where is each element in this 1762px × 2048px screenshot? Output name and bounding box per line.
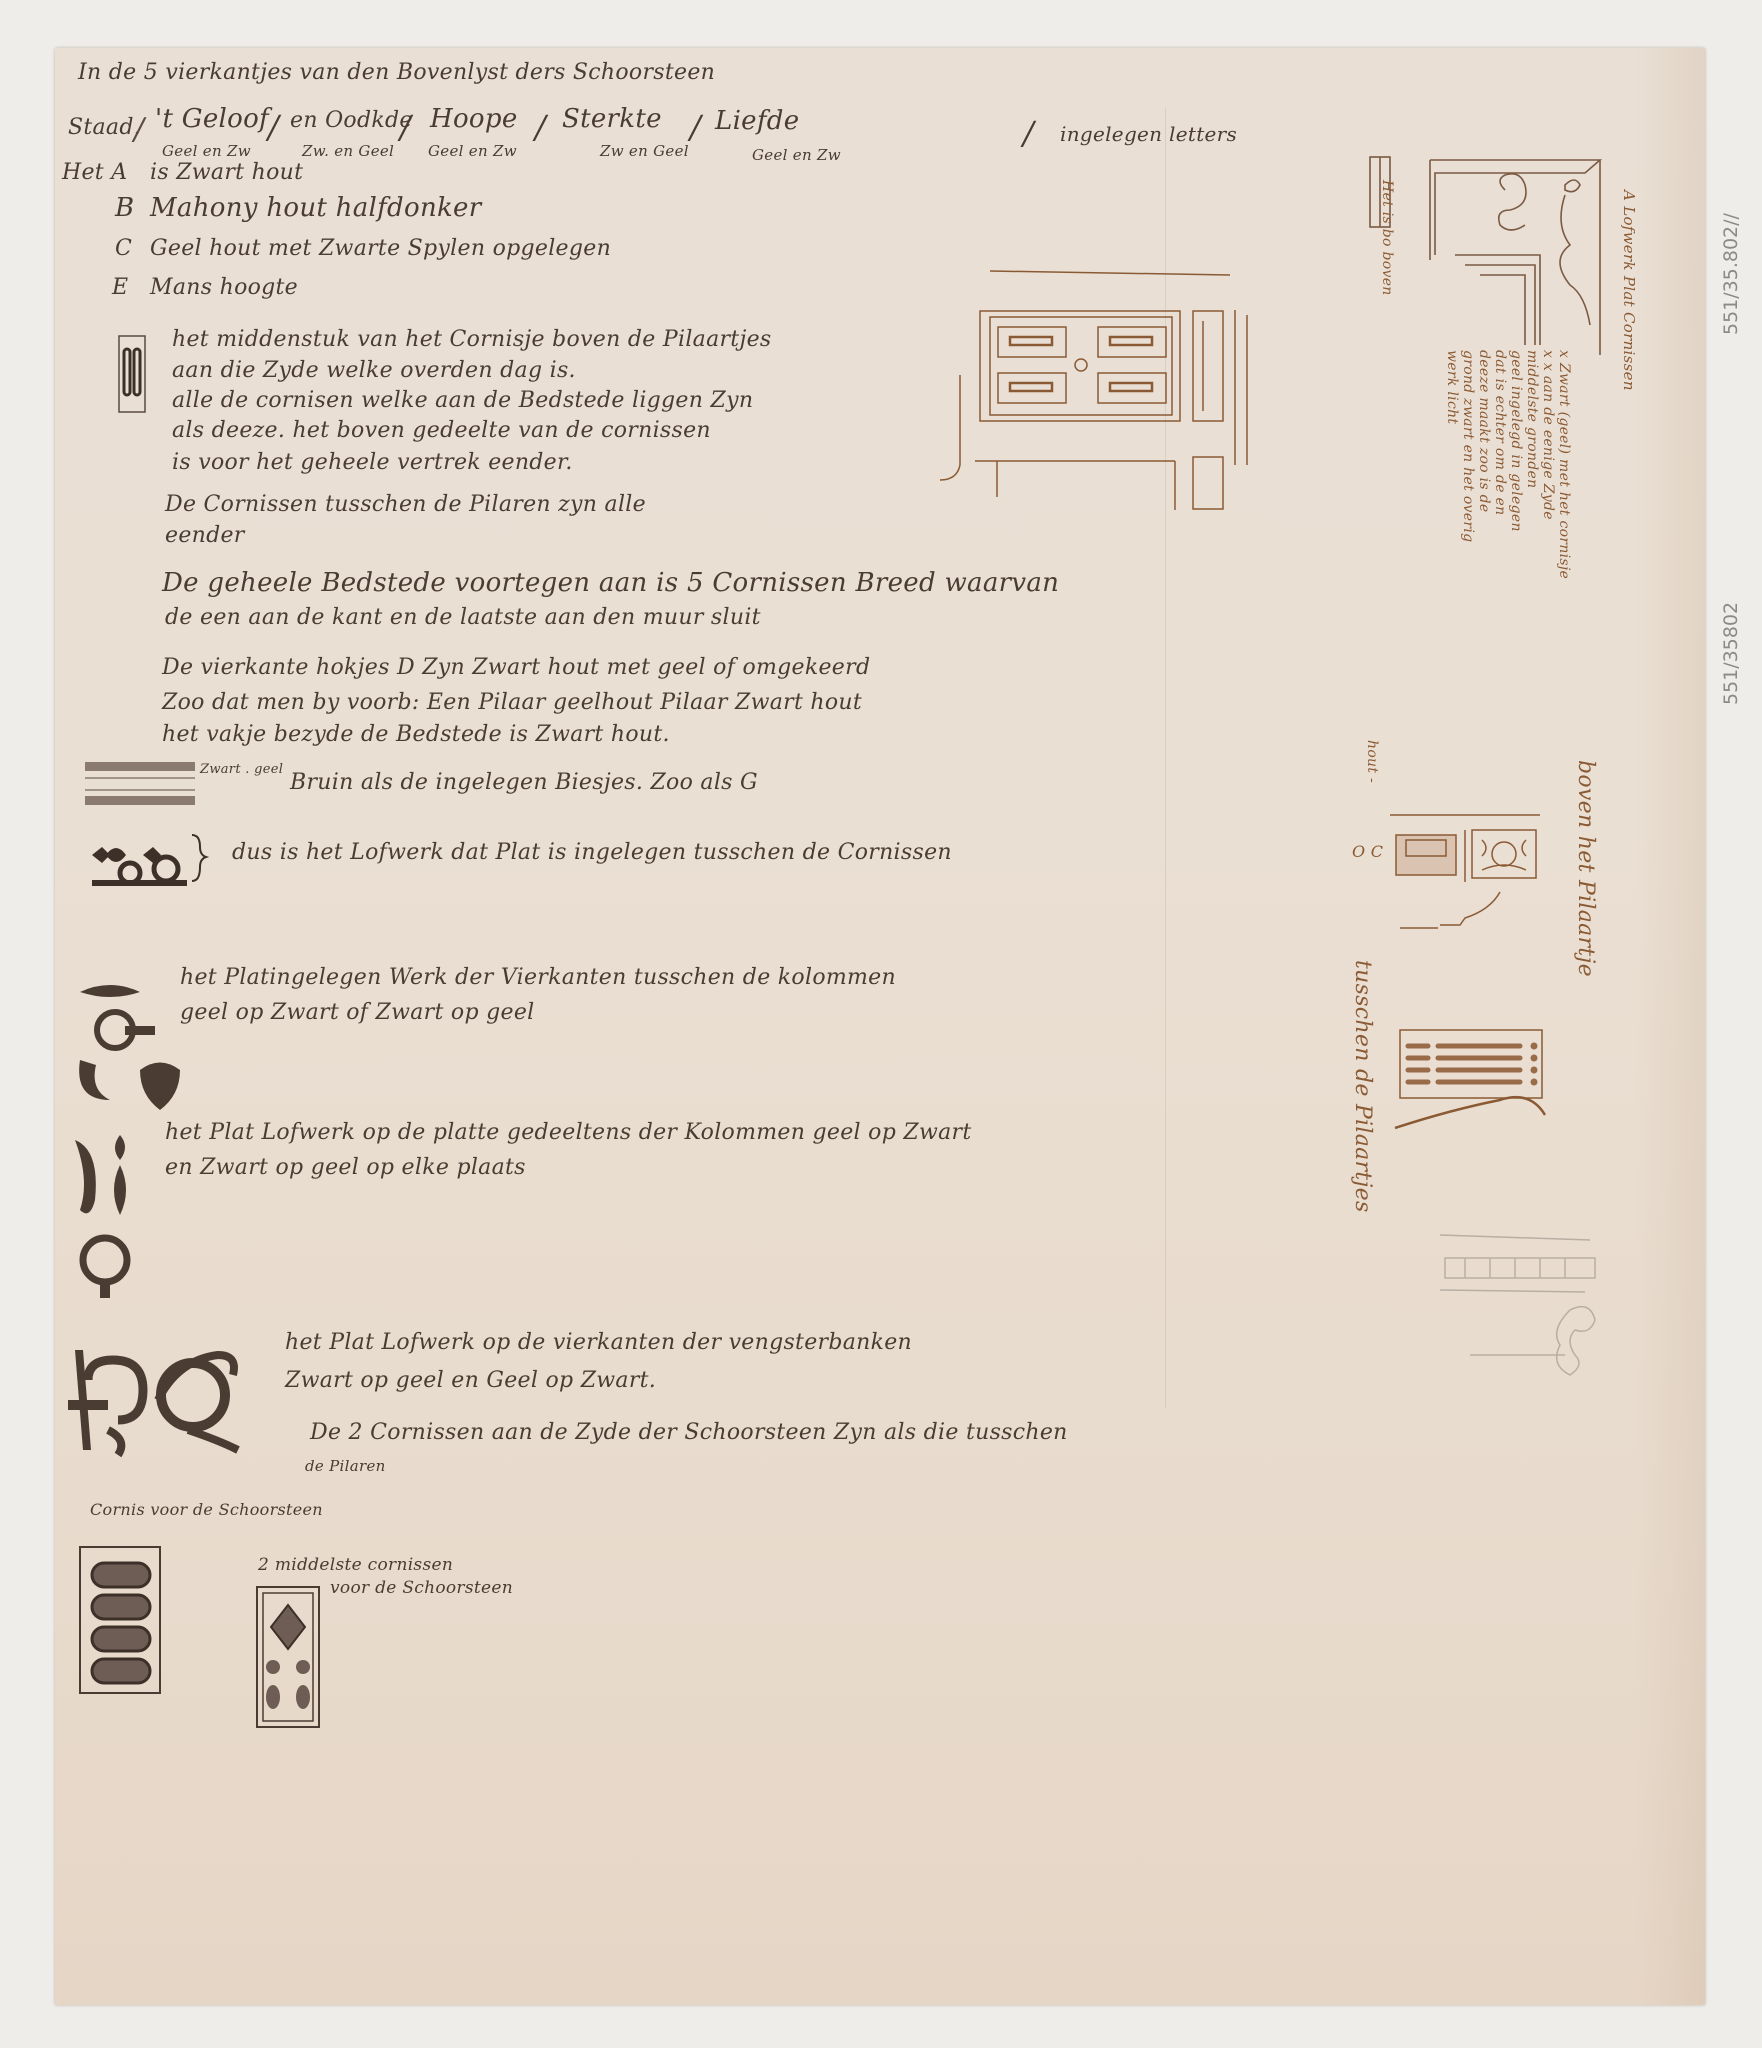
divider: /	[690, 108, 701, 146]
ornament-1-annotation: dus is het Lofwerk dat Plat is ingelegen…	[232, 840, 952, 865]
label-tusschen-pilaartjes: tusschen de Pilaartjes	[1350, 960, 1375, 1213]
ornament-3-sketch	[70, 1130, 150, 1300]
paragraph4-line1: De vierkante hokjes D Zyn Zwart hout met…	[162, 655, 870, 680]
paragraph1-line4: als deeze. het boven gedeelte van de cor…	[172, 418, 711, 443]
catalog-number-1: 551/35802	[1720, 602, 1742, 705]
ornament-4-annotation-line1: het Plat Lofwerk op de vierkanten der ve…	[285, 1330, 912, 1355]
ornament-3-annotation-line1: het Plat Lofwerk op de platte gedeeltens…	[165, 1120, 971, 1145]
header-line1: In de 5 vierkantjes van den Bovenlyst de…	[78, 60, 715, 85]
middle-cornice-label-line1: 2 middelste cornissen	[258, 1555, 453, 1575]
cornice-label: Cornis voor de Schoorsteen	[90, 1500, 323, 1519]
middle-cornice-label-line2: voor de Schoorsteen	[330, 1578, 513, 1598]
divider: /	[134, 112, 144, 147]
legend-key-c: C	[115, 236, 132, 261]
vertical-note-line4: geel ingelegd in gelegen	[1508, 350, 1524, 532]
chimney-note-line1: De 2 Cornissen aan de Zyde der Schoorste…	[310, 1420, 1068, 1445]
paragraph1-line1: het middenstuk van het Cornisje boven de…	[172, 327, 771, 352]
paragraph1-line5: is voor het geheele vertrek eender.	[172, 450, 573, 475]
stripes-color-label: Zwart . geel	[200, 762, 283, 777]
legend-text-a: is Zwart hout	[150, 160, 303, 185]
ornament-2-sketch	[70, 980, 180, 1115]
vertical-note-line5: dat is echter om de en	[1492, 350, 1508, 515]
ornament-2-annotation-line1: het Platingelegen Werk der Vierkanten tu…	[180, 965, 896, 990]
legend-text-e: Mans hoogte	[150, 275, 298, 300]
ornament-3-annotation-line2: en Zwart op geel op elke plaats	[165, 1155, 526, 1180]
header-staad: Staad.	[68, 115, 141, 140]
faint-pencil-sketch	[1420, 1230, 1600, 1400]
virtue-hoope: Hoope	[430, 104, 518, 134]
virtue-liefde: Liefde	[715, 106, 799, 136]
ornament-4-sketch	[68, 1340, 268, 1470]
divider: /	[400, 108, 411, 146]
paragraph2-line2: eender	[165, 523, 245, 548]
chimney-cornice-sketch	[78, 1545, 163, 1695]
bedstead-panel-sketch	[935, 265, 1265, 535]
paragraph1-line3: alle de cornisen welke aan de Bedstede l…	[172, 388, 753, 413]
paragraph2-line1: De Cornissen tusschen de Pilaren zyn all…	[165, 492, 646, 517]
vertical-note-line8: werk licht	[1444, 350, 1460, 424]
paragraph4-line2: Zoo dat men by voorb: Een Pilaar geelhou…	[162, 690, 862, 715]
vertical-note-line1: x Zwart (geel) met het cornisje	[1556, 350, 1572, 579]
middle-cornice-sketch	[255, 1585, 321, 1730]
legend-text-b: Mahony hout halfdonker	[150, 193, 481, 223]
legend-key-a: Het A	[62, 160, 127, 185]
legend-key-e: E	[112, 275, 128, 300]
catalog-number-2: 551/35.802//	[1720, 213, 1742, 335]
legend-text-c: Geel hout met Zwarte Spylen opgelegen	[150, 236, 611, 261]
stripes-annotation: Bruin als de ingelegen Biesjes. Zoo als …	[290, 770, 758, 795]
divider: /	[268, 108, 279, 146]
header-ingelegen-letters: ingelegen letters	[1060, 122, 1237, 146]
virtue-hoope-colors: Geel en Zw	[428, 142, 517, 160]
virtue-ootmoed-colors: Zw. en Geel	[302, 142, 394, 160]
label-hout: hout -	[1364, 740, 1380, 783]
marks-oc: O C	[1352, 842, 1383, 861]
paragraph1-line2: aan die Zyde welke overden dag is.	[172, 358, 576, 383]
virtue-liefde-colors: Geel en Zw	[752, 146, 841, 164]
chimney-note-line2: de Pilaren	[305, 1457, 386, 1475]
vertical-note-line2: x x aan de eenige Zyde	[1540, 350, 1556, 520]
paragraph4-line3: het vakje bezyde de Bedstede is Zwart ho…	[162, 722, 670, 747]
divider: /	[1023, 114, 1034, 152]
pilaster-sketches	[1390, 810, 1590, 1130]
vertical-note-line3: middelste gronden	[1524, 350, 1540, 488]
vertical-label-boven: Het is bo boven	[1379, 180, 1395, 296]
ornament-4-annotation-line2: Zwart op geel en Geel op Zwart.	[285, 1368, 656, 1393]
virtue-sterkte: Sterkte	[562, 104, 662, 134]
ornament-2-annotation-line2: geel op Zwart of Zwart op geel	[180, 1000, 535, 1025]
virtue-sterkte-colors: Zw en Geel	[600, 142, 689, 160]
inlay-stripes-sketch	[85, 760, 195, 810]
legend-key-b: B	[115, 193, 134, 223]
paragraph3-line1: De geheele Bedstede voortegen aan is 5 C…	[162, 568, 1059, 598]
divider: /	[535, 108, 546, 146]
vertical-note-line6: deeze maakt zoo is de	[1476, 350, 1492, 513]
label-boven-pilaartje: boven het Pilaartje	[1573, 760, 1598, 977]
corner-lofwerk-sketch	[1360, 145, 1620, 375]
virtue-geloof: 't Geloof	[155, 104, 269, 134]
virtue-ootmoed: en Oodkde	[290, 108, 413, 133]
vertical-note-line7: grond zwart en het overig	[1460, 350, 1476, 542]
ornament-1-sketch	[88, 825, 208, 895]
virtue-geloof-colors: Geel en Zw	[162, 142, 251, 160]
vertical-label-lofwerk: A Lofwerk Plat Cornissen	[1620, 190, 1638, 391]
small-cornice-sketch-icon	[118, 335, 148, 415]
paragraph3-line2: de een aan de kant en de laatste aan den…	[165, 605, 761, 630]
